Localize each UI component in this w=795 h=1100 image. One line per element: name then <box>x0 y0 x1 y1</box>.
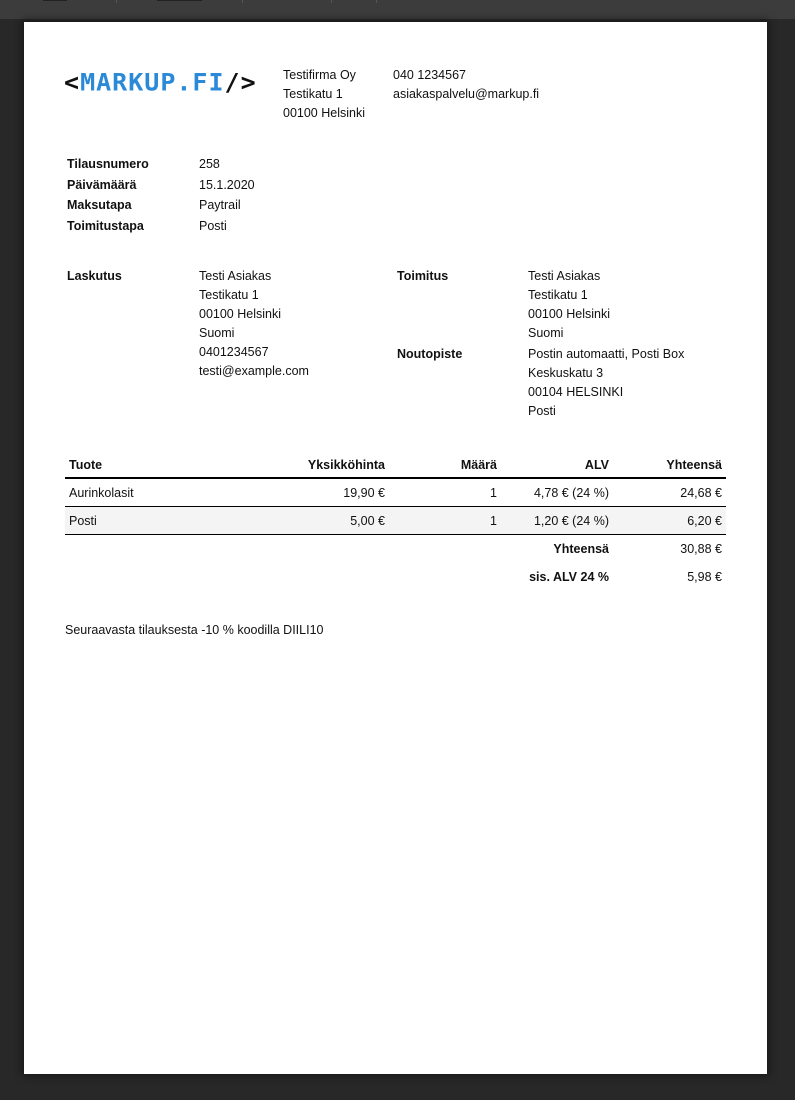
logo-open-bracket: < <box>64 69 80 97</box>
vat-included-value: 5,98 € <box>613 563 726 591</box>
billing-line: 0401234567 <box>199 343 309 362</box>
shipping-line: Testikatu 1 <box>528 286 610 305</box>
order-items-table: Tuote Yksikköhinta Määrä ALV Yhteensä Au… <box>65 452 726 591</box>
pickup-label: Noutopiste <box>397 345 462 364</box>
company-logo: <MARKUP.FI/> <box>64 69 257 98</box>
meta-label: Toimitustapa <box>67 217 199 238</box>
company-email: asiakaspalvelu@markup.fi <box>393 85 539 104</box>
cell-total: 24,68 € <box>613 478 726 507</box>
cell-unit-price: 19,90 € <box>185 478 389 507</box>
document-page: <MARKUP.FI/> Testifirma Oy Testikatu 1 0… <box>24 22 767 1074</box>
pickup-line: 00104 HELSINKI <box>528 383 684 402</box>
meta-value: Paytrail <box>199 196 241 217</box>
shipping-address: Testi Asiakas Testikatu 1 00100 Helsinki… <box>528 267 610 343</box>
meta-label: Tilausnumero <box>67 155 199 176</box>
meta-value: Posti <box>199 217 227 238</box>
meta-row-payment-method: Maksutapa Paytrail <box>67 196 255 217</box>
billing-line: testi@example.com <box>199 362 309 381</box>
viewer-toolbar <box>0 0 795 19</box>
toolbar-separator <box>242 0 243 3</box>
table-row: Aurinkolasit 19,90 € 1 4,78 € (24 %) 24,… <box>65 478 726 507</box>
pickup-line: Postin automaatti, Posti Box <box>528 345 684 364</box>
company-contact: 040 1234567 asiakaspalvelu@markup.fi <box>393 66 539 104</box>
total-value: 30,88 € <box>613 535 726 564</box>
vat-included-label: sis. ALV 24 % <box>501 563 613 591</box>
toolbar-separator <box>116 0 117 3</box>
company-name: Testifirma Oy <box>283 66 365 85</box>
total-label: Yhteensä <box>501 535 613 564</box>
company-address: Testifirma Oy Testikatu 1 00100 Helsinki <box>283 66 365 123</box>
logo-close-bracket: /> <box>225 69 257 97</box>
toolbar-separator <box>331 0 332 3</box>
order-meta: Tilausnumero 258 Päivämäärä 15.1.2020 Ma… <box>67 155 255 238</box>
cell-quantity: 1 <box>389 507 501 535</box>
company-city: 00100 Helsinki <box>283 104 365 123</box>
cell-unit-price: 5,00 € <box>185 507 389 535</box>
pickup-address: Postin automaatti, Posti Box Keskuskatu … <box>528 345 684 421</box>
shipping-line: 00100 Helsinki <box>528 305 610 324</box>
toolbar-indicator <box>157 0 202 1</box>
shipping-line: Suomi <box>528 324 610 343</box>
meta-value: 258 <box>199 155 220 176</box>
billing-line: Testi Asiakas <box>199 267 309 286</box>
shipping-label: Toimitus <box>397 267 448 286</box>
billing-address: Testi Asiakas Testikatu 1 00100 Helsinki… <box>199 267 309 381</box>
cell-quantity: 1 <box>389 478 501 507</box>
shipping-line: Testi Asiakas <box>528 267 610 286</box>
meta-value: 15.1.2020 <box>199 176 255 197</box>
meta-row-date: Päivämäärä 15.1.2020 <box>67 176 255 197</box>
billing-line: Suomi <box>199 324 309 343</box>
cell-product: Aurinkolasit <box>65 478 185 507</box>
vat-included-row: sis. ALV 24 % 5,98 € <box>65 563 726 591</box>
cell-total: 6,20 € <box>613 507 726 535</box>
billing-line: 00100 Helsinki <box>199 305 309 324</box>
billing-label: Laskutus <box>67 267 122 286</box>
total-row: Yhteensä 30,88 € <box>65 535 726 564</box>
promo-note: Seuraavasta tilauksesta -10 % koodilla D… <box>65 621 323 640</box>
column-header-total: Yhteensä <box>613 452 726 478</box>
toolbar-indicator <box>43 0 67 1</box>
meta-row-delivery-method: Toimitustapa Posti <box>67 217 255 238</box>
pickup-line: Keskuskatu 3 <box>528 364 684 383</box>
column-header-product: Tuote <box>65 452 185 478</box>
pickup-line: Posti <box>528 402 684 421</box>
cell-product: Posti <box>65 507 185 535</box>
column-header-unit-price: Yksikköhinta <box>185 452 389 478</box>
toolbar-separator <box>376 0 377 3</box>
logo-brand: MARKUP.FI <box>80 69 224 97</box>
cell-vat: 1,20 € (24 %) <box>501 507 613 535</box>
cell-vat: 4,78 € (24 %) <box>501 478 613 507</box>
company-phone: 040 1234567 <box>393 66 539 85</box>
billing-line: Testikatu 1 <box>199 286 309 305</box>
meta-label: Päivämäärä <box>67 176 199 197</box>
company-street: Testikatu 1 <box>283 85 365 104</box>
column-header-quantity: Määrä <box>389 452 501 478</box>
table-row: Posti 5,00 € 1 1,20 € (24 %) 6,20 € <box>65 507 726 535</box>
table-header-row: Tuote Yksikköhinta Määrä ALV Yhteensä <box>65 452 726 478</box>
meta-row-order-number: Tilausnumero 258 <box>67 155 255 176</box>
meta-label: Maksutapa <box>67 196 199 217</box>
column-header-vat: ALV <box>501 452 613 478</box>
